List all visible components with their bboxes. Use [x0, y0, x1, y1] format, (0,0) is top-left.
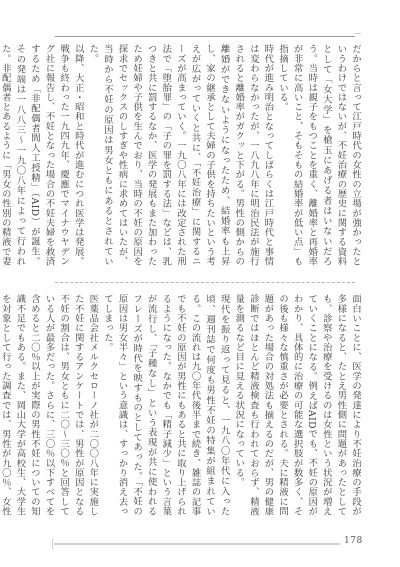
top-text-block: だからと言って江戸時代の女性の立場が強かったというわけではないが、不妊治療の歴史…: [52, 44, 362, 266]
paragraph: 面白いことに、医学の発達により不妊治療の手段が多様になると、たとえ男性側に問題が…: [231, 294, 362, 516]
bottom-text-block: 面白いことに、医学の発達により不妊治療の手段が多様になると、たとえ男性側に問題が…: [52, 294, 362, 516]
top-rule: [55, 36, 355, 37]
paragraph: だからと言って江戸時代の女性の立場が強かったというわけではないが、不妊治療の歴史…: [274, 44, 362, 266]
section-divider: [55, 282, 355, 283]
top-rule-end: [355, 33, 361, 34]
paragraph: 時代が進み明治となってしばらくは江戸時代と事情は変わらなかったが、一八九八年に明…: [85, 44, 275, 266]
footer-tick: [52, 539, 53, 549]
page-number: 178: [344, 536, 363, 546]
footer-rule: [54, 543, 340, 545]
paragraph: 医薬品会社メルクセローノ社が二〇〇八年に実施した不妊に関するアンケートでは、男性…: [0, 294, 99, 516]
paragraph: 以降、大正・昭和と時代が進むにつれ医学は発展。戦争も終わった一九四九年、慶應でマ…: [0, 44, 85, 266]
paragraph: 現代を振り返って見ると、一九八〇年代に入った頃、週刊誌で何度も男性不妊の特集が組…: [99, 294, 230, 516]
